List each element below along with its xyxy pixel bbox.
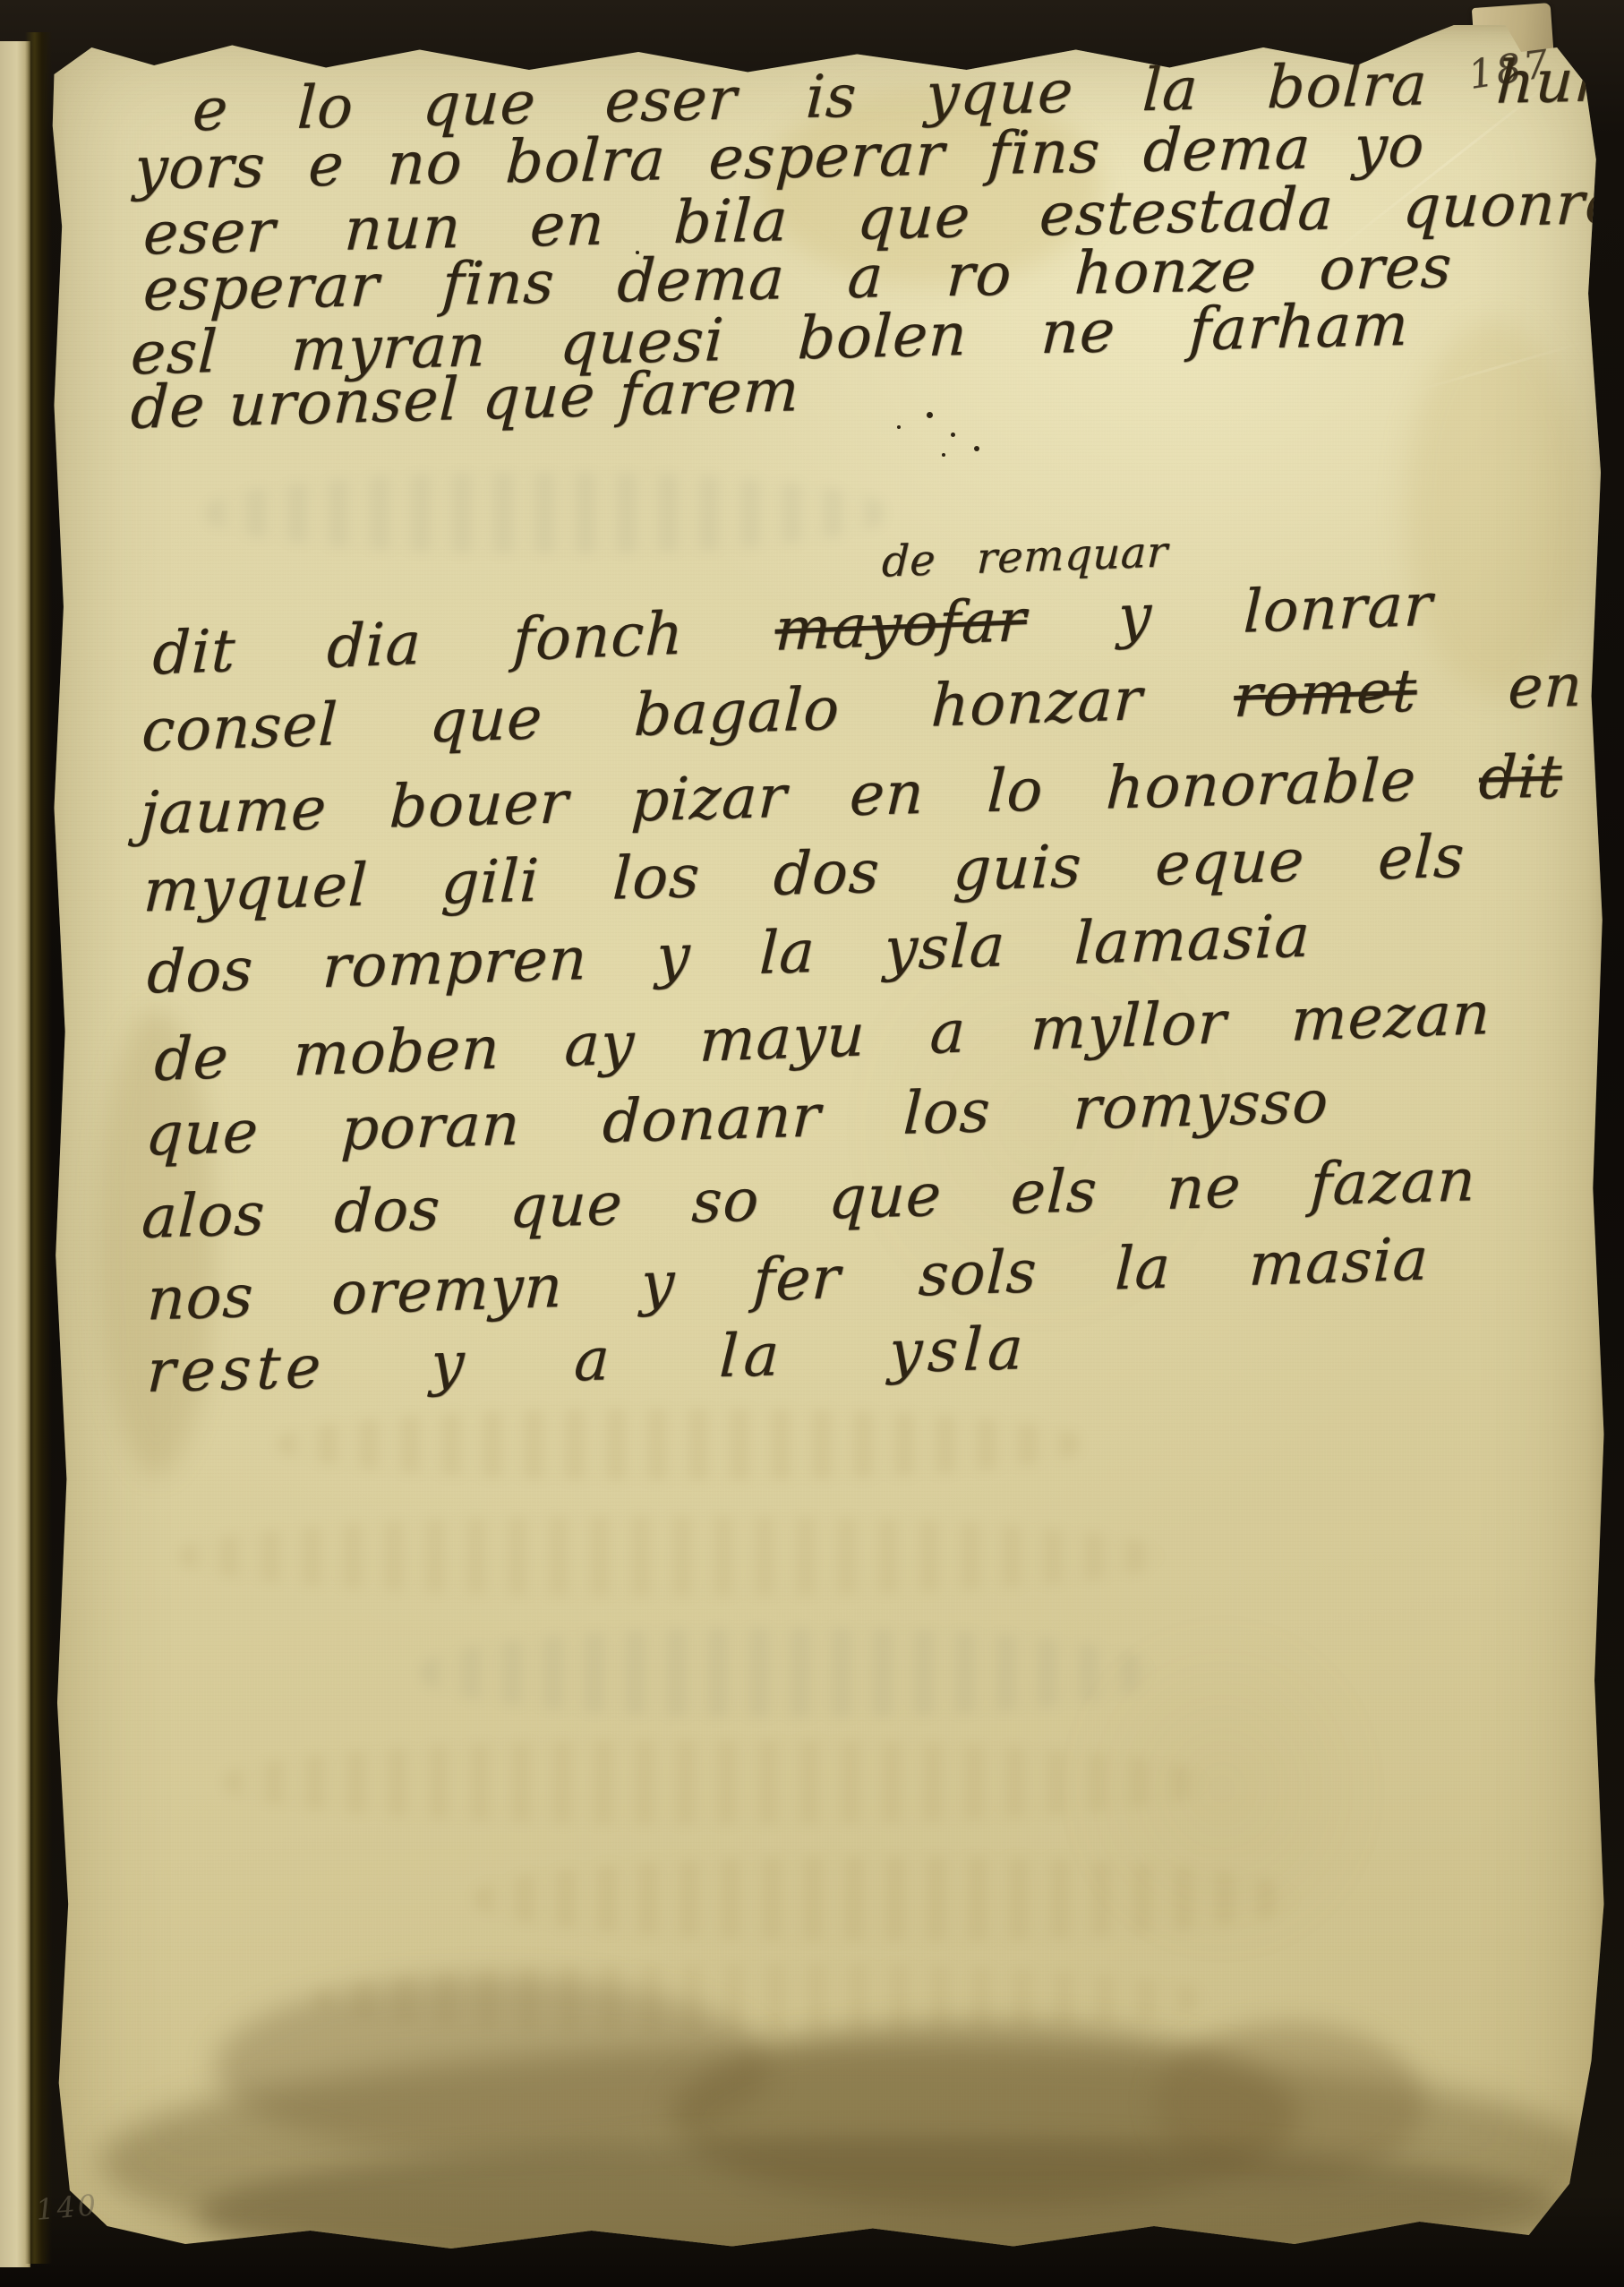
binding-gutter bbox=[25, 32, 52, 2264]
paper-stain bbox=[98, 2044, 1603, 2282]
ink-spatter-dot bbox=[942, 453, 945, 457]
folio-number: 140 bbox=[34, 2188, 99, 2227]
struck-word: romet bbox=[1233, 655, 1418, 731]
manuscript-photo: 187 e lo que eser is yque la bolra hurar… bbox=[0, 0, 1624, 2287]
interlinear-insertion: de remquar bbox=[881, 530, 1168, 583]
paper-stain bbox=[671, 2022, 1298, 2210]
paper-stain bbox=[197, 2138, 1576, 2287]
bleed-through-smudge bbox=[206, 473, 886, 553]
bleed-through-smudge bbox=[224, 1740, 1209, 1825]
ink-spatter-dot bbox=[951, 433, 955, 437]
ink-spatter-dot bbox=[927, 412, 933, 418]
bleed-through-smudge bbox=[1030, 1583, 1415, 1995]
struck-word: dit bbox=[1477, 741, 1563, 813]
paper-stain bbox=[215, 1977, 770, 2156]
bleed-through-smudge bbox=[474, 1856, 1298, 1941]
paper-stain bbox=[1406, 321, 1585, 697]
manuscript-page: 187 e lo que eser is yque la bolra hurar… bbox=[45, 25, 1607, 2262]
bleed-through-smudge bbox=[313, 1964, 1209, 2035]
handwritten-line: reste y a la ysla bbox=[146, 1319, 1030, 1401]
bleed-through-smudge bbox=[278, 1409, 1083, 1480]
handwritten-line: dos rompren y la ysla lamasia bbox=[146, 907, 1312, 1003]
paper-stain bbox=[1155, 2022, 1423, 2183]
struck-word: mayofar bbox=[774, 586, 1027, 664]
bleed-through-smudge bbox=[179, 1516, 1164, 1597]
paper-crease bbox=[1409, 339, 1591, 394]
ink-spatter-dot bbox=[897, 425, 901, 429]
bleed-through-smudge bbox=[421, 1628, 1155, 1717]
ink-spatter-dot bbox=[974, 446, 979, 451]
handwritten-line: de uronsel que farem bbox=[130, 361, 801, 438]
